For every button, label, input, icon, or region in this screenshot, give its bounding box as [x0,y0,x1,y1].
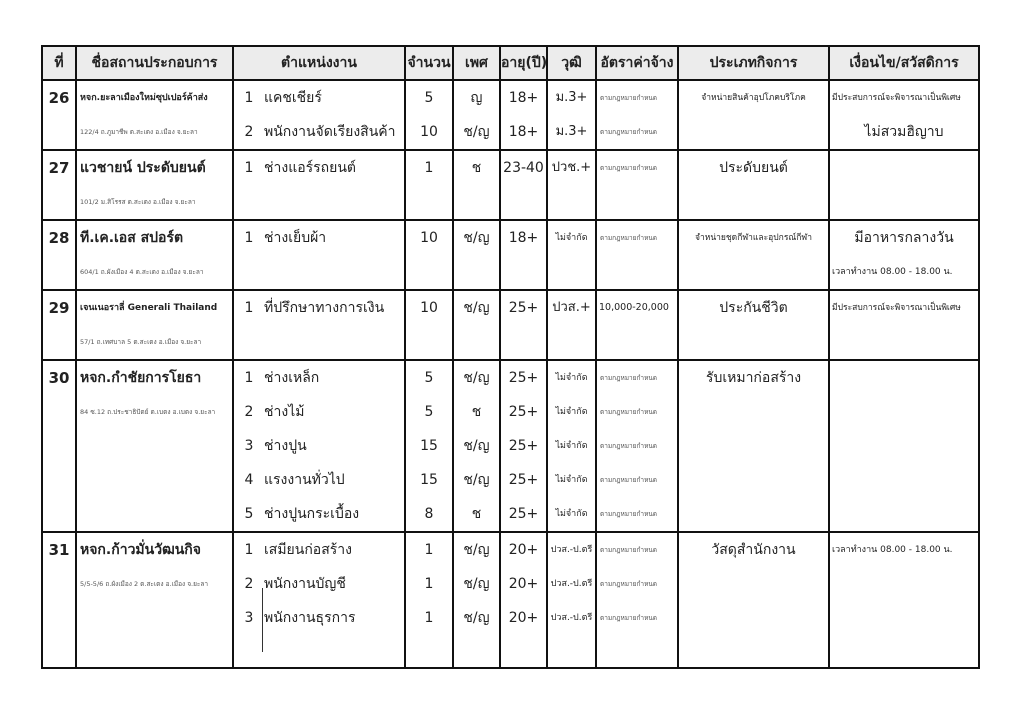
wage-value: ตามกฎหมายกำหนด [597,601,677,635]
table-row: 29เจนเนอราลี่ Generali Thailand57/1 ถ.เท… [42,290,979,360]
edu-value: ไม่จำกัด [548,395,595,429]
count-value: 5 [406,395,452,429]
gender-value: ช/ญ [454,533,499,567]
position-title: แรงงานทั่วไป [264,472,345,488]
position-cell: 1ช่างเย็บผ้า [233,220,405,290]
position-item: 3พนักงานธุรการ [234,601,404,635]
wage-value: ตามกฎหมายกำหนด [597,463,677,497]
business-type: ประดับยนต์ [679,151,828,185]
company-name: ที.เค.เอส สปอร์ต [77,221,232,255]
position-item: 4แรงงานทั่วไป [234,463,404,497]
position-index: 1 [234,291,264,325]
count-cell: 510 [405,80,453,150]
company-address: 122/4 ถ.ภูมาชีพ ต.สะเตง อ.เมือง จ.ยะลา [77,115,232,149]
company-name: หจก.กำชัยการโยธา [77,361,232,395]
condition-item: มีอาหารกลางวัน [830,221,978,255]
gender-value: ช/ญ [454,115,499,149]
position-cell: 1ที่ปรึกษาทางการเงิน [233,290,405,360]
gender-value: ช/ญ [454,567,499,601]
condition-item: เวลาทำงาน 08.00 - 18.00 น. [830,255,978,289]
edu-value: ไม่จำกัด [548,463,595,497]
age-cell: 18+ [500,220,547,290]
row-number-value: 28 [43,221,75,255]
header-company: ชื่อสถานประกอบการ [76,46,233,80]
position-title: พนักงานธุรการ [264,610,355,626]
edu-value: ปวส.+ [548,291,595,325]
gender-cell: ช/ญ [453,220,500,290]
age-value: 18+ [501,115,546,149]
position-item: 2ช่างไม้ [234,395,404,429]
education-cell: ไม่จำกัดไม่จำกัดไม่จำกัดไม่จำกัดไม่จำกัด [547,360,596,532]
age-value: 20+ [501,533,546,567]
row-number-value: 30 [43,361,75,395]
company-cell: เจนเนอราลี่ Generali Thailand57/1 ถ.เทศบ… [76,290,233,360]
position-title: ช่างไม้ [264,404,304,420]
business-type: รับเหมาก่อสร้าง [679,361,828,395]
position-cell: 1ช่างแอร์รถยนต์ [233,150,405,220]
count-cell: 111 [405,532,453,668]
age-cell: 18+18+ [500,80,547,150]
wage-value: ตามกฎหมายกำหนด [597,361,677,395]
gender-value: ช/ญ [454,601,499,635]
wage-value: ตามกฎหมายกำหนด [597,151,677,185]
count-cell: 1 [405,150,453,220]
position-index: 4 [234,463,264,497]
position-title: แคชเชียร์ [264,90,322,106]
gender-value: ช/ญ [454,429,499,463]
wage-cell: ตามกฎหมายกำหนด [596,220,678,290]
conditions-cell: มีประสบการณ์จะพิจารณาเป็นพิเศษ [829,290,979,360]
position-item: 1ช่างเหล็ก [234,361,404,395]
position-index: 1 [234,533,264,567]
business-type: จำหน่ายสินค้าอุปโภคบริโภค [679,81,828,115]
position-title: ช่างปูนกระเบื้อง [264,506,359,522]
gender-value: ช/ญ [454,463,499,497]
count-value: 1 [406,151,452,185]
count-value: 5 [406,361,452,395]
header-gender: เพศ [453,46,500,80]
row-number: 31 [42,532,76,668]
business-type-cell: วัสดุสำนักงาน [678,532,829,668]
position-index: 1 [234,151,264,185]
gender-cell: ช/ญช/ญช/ญ [453,532,500,668]
wage-cell: ตามกฎหมายกำหนดตามกฎหมายกำหนด [596,80,678,150]
education-cell: ปวส.-ป.ตรีปวส.-ป.ตรีปวส.-ป.ตรี [547,532,596,668]
position-index: 3 [234,429,264,463]
education-cell: ไม่จำกัด [547,220,596,290]
wage-value: ตามกฎหมายกำหนด [597,533,677,567]
company-name: หจก.ก้าวมั่นวัฒนกิจ [77,533,232,567]
header-business-type: ประเภทกิจการ [678,46,829,80]
company-address: 84 ซ.12 ถ.ประชาธิปัตย์ ต.เบตง อ.เบตง จ.ย… [77,395,232,429]
position-index: 2 [234,567,264,601]
count-value: 8 [406,497,452,531]
age-cell: 23-40 [500,150,547,220]
edu-value: ม.3+ [548,115,595,149]
edu-value: ปวส.-ป.ตรี [548,567,595,601]
wage-value: ตามกฎหมายกำหนด [597,221,677,255]
job-listings-table: ที่ ชื่อสถานประกอบการ ตำแหน่งงาน จำนวน เ… [41,45,980,669]
position-item: 1แคชเชียร์ [234,81,404,115]
position-title: พนักงานจัดเรียงสินค้า [264,124,396,140]
row-number-value: 29 [43,291,75,325]
company-address: 101/2 ม.สิโรรส ต.สะเตง อ.เมือง จ.ยะลา [77,185,232,219]
wage-cell: ตามกฎหมายกำหนดตามกฎหมายกำหนดตามกฎหมายกำห… [596,532,678,668]
position-item: 2พนักงานบัญชี [234,567,404,601]
row-number: 30 [42,360,76,532]
age-cell: 25+25+25+25+25+ [500,360,547,532]
wage-value: ตามกฎหมายกำหนด [597,395,677,429]
position-item: 1ช่างเย็บผ้า [234,221,404,255]
count-value: 10 [406,115,452,149]
count-value: 1 [406,533,452,567]
gender-value: ช [454,497,499,531]
company-cell: หจก.กำชัยการโยธา84 ซ.12 ถ.ประชาธิปัตย์ ต… [76,360,233,532]
position-index: 1 [234,221,264,255]
position-item: 1เสมียนก่อสร้าง [234,533,404,567]
position-item: 1ช่างแอร์รถยนต์ [234,151,404,185]
count-value: 1 [406,567,452,601]
education-cell: ปวช.+ [547,150,596,220]
header-conditions: เงื่อนไข/สวัสดิการ [829,46,979,80]
table-row: 28ที.เค.เอส สปอร์ต604/1 ถ.ผังเมือง 4 ต.ส… [42,220,979,290]
position-item: 2พนักงานจัดเรียงสินค้า [234,115,404,149]
age-value: 18+ [501,221,546,255]
position-title: พนักงานบัญชี [264,576,346,592]
age-cell: 20+20+20+ [500,532,547,668]
table-row: 26หจก.ยะลาเมืองใหม่ซุปเปอร์ค้าส่ง122/4 ถ… [42,80,979,150]
wage-value: 10,000-20,000 [597,291,677,325]
company-name: หจก.ยะลาเมืองใหม่ซุปเปอร์ค้าส่ง [77,81,232,115]
position-title: ช่างแอร์รถยนต์ [264,160,356,176]
position-index: 1 [234,361,264,395]
business-type-cell: ประดับยนต์ [678,150,829,220]
condition-item: มีประสบการณ์จะพิจารณาเป็นพิเศษ [830,291,978,325]
header-wage: อัตราค่าจ้าง [596,46,678,80]
company-cell: แวชายน์ ประดับยนต์101/2 ม.สิโรรส ต.สะเตง… [76,150,233,220]
age-value: 18+ [501,81,546,115]
business-type-cell: จำหน่ายสินค้าอุปโภคบริโภค [678,80,829,150]
business-type: ประกันชีวิต [679,291,828,325]
conditions-cell: มีประสบการณ์จะพิจารณาเป็นพิเศษไม่สวมฮิญา… [829,80,979,150]
table-row: 27แวชายน์ ประดับยนต์101/2 ม.สิโรรส ต.สะเ… [42,150,979,220]
gender-cell: ญช/ญ [453,80,500,150]
row-number: 29 [42,290,76,360]
conditions-cell [829,150,979,220]
header-education: วุฒิ [547,46,596,80]
wage-value: ตามกฎหมายกำหนด [597,497,677,531]
condition-item: เวลาทำงาน 08.00 - 18.00 น. [830,533,978,567]
age-cell: 25+ [500,290,547,360]
row-number-value: 27 [43,151,75,185]
gender-value: ช/ญ [454,291,499,325]
age-value: 20+ [501,567,546,601]
row-number: 26 [42,80,76,150]
gender-cell: ช/ญ [453,290,500,360]
position-index: 5 [234,497,264,531]
edu-value: ไม่จำกัด [548,497,595,531]
wage-cell: 10,000-20,000 [596,290,678,360]
conditions-cell [829,360,979,532]
gender-value: ช [454,151,499,185]
company-address: 5/5-5/6 ถ.ผังเมือง 2 ต.สะเตง อ.เมือง จ.ย… [77,567,232,601]
education-cell: ปวส.+ [547,290,596,360]
count-value: 10 [406,221,452,255]
header-no: ที่ [42,46,76,80]
business-type-cell: จำหน่ายชุดกีฬาและอุปกรณ์กีฬา [678,220,829,290]
position-index: 2 [234,395,264,429]
count-value: 1 [406,601,452,635]
business-type: จำหน่ายชุดกีฬาและอุปกรณ์กีฬา [679,221,828,255]
business-type-cell: ประกันชีวิต [678,290,829,360]
row-number: 27 [42,150,76,220]
position-title: ช่างปูน [264,438,307,454]
age-value: 25+ [501,361,546,395]
position-title: ช่างเหล็ก [264,370,319,386]
row-number-value: 26 [43,81,75,115]
wage-value: ตามกฎหมายกำหนด [597,115,677,149]
position-cell: 1เสมียนก่อสร้าง2พนักงานบัญชี3พนักงานธุรก… [233,532,405,668]
edu-value: ม.3+ [548,81,595,115]
position-item: 5ช่างปูนกระเบื้อง [234,497,404,531]
position-cell: 1แคชเชียร์2พนักงานจัดเรียงสินค้า [233,80,405,150]
gender-value: ญ [454,81,499,115]
count-cell: 10 [405,290,453,360]
position-index: 3 [234,601,264,635]
condition-item: ไม่สวมฮิญาบ [830,115,978,149]
company-cell: หจก.ก้าวมั่นวัฒนกิจ5/5-5/6 ถ.ผังเมือง 2 … [76,532,233,668]
header-row: ที่ ชื่อสถานประกอบการ ตำแหน่งงาน จำนวน เ… [42,46,979,80]
condition-item: มีประสบการณ์จะพิจารณาเป็นพิเศษ [830,81,978,115]
age-value: 20+ [501,601,546,635]
edu-value: ปวช.+ [548,151,595,185]
position-index: 2 [234,115,264,149]
age-value: 25+ [501,429,546,463]
count-value: 15 [406,429,452,463]
header-age: อายุ(ปี) [500,46,547,80]
wage-cell: ตามกฎหมายกำหนด [596,150,678,220]
position-cell: 1ช่างเหล็ก2ช่างไม้3ช่างปูน4แรงงานทั่วไป5… [233,360,405,532]
conditions-cell: เวลาทำงาน 08.00 - 18.00 น. [829,532,979,668]
count-value: 15 [406,463,452,497]
position-index: 1 [234,81,264,115]
wage-value: ตามกฎหมายกำหนด [597,429,677,463]
position-title: เสมียนก่อสร้าง [264,542,352,558]
education-cell: ม.3+ม.3+ [547,80,596,150]
table-row: 31หจก.ก้าวมั่นวัฒนกิจ5/5-5/6 ถ.ผังเมือง … [42,532,979,668]
business-type: วัสดุสำนักงาน [679,533,828,567]
age-value: 25+ [501,291,546,325]
company-address: 604/1 ถ.ผังเมือง 4 ต.สะเตง อ.เมือง จ.ยะล… [77,255,232,289]
edu-value: ปวส.-ป.ตรี [548,533,595,567]
company-name: แวชายน์ ประดับยนต์ [77,151,232,185]
age-value: 25+ [501,497,546,531]
count-value: 10 [406,291,452,325]
table-row: 30หจก.กำชัยการโยธา84 ซ.12 ถ.ประชาธิปัตย์… [42,360,979,532]
wage-value: ตามกฎหมายกำหนด [597,81,677,115]
company-cell: หจก.ยะลาเมืองใหม่ซุปเปอร์ค้าส่ง122/4 ถ.ภ… [76,80,233,150]
position-item: 1ที่ปรึกษาทางการเงิน [234,291,404,325]
business-type-cell: รับเหมาก่อสร้าง [678,360,829,532]
count-value: 5 [406,81,452,115]
row-number: 28 [42,220,76,290]
position-title: ช่างเย็บผ้า [264,230,326,246]
edu-value: ไม่จำกัด [548,221,595,255]
header-count: จำนวน [405,46,453,80]
count-cell: 10 [405,220,453,290]
company-cell: ที.เค.เอส สปอร์ต604/1 ถ.ผังเมือง 4 ต.สะเ… [76,220,233,290]
gender-cell: ช/ญชช/ญช/ญช [453,360,500,532]
age-value: 23-40 [501,151,546,185]
edu-value: ไม่จำกัด [548,361,595,395]
edu-value: ปวส.-ป.ตรี [548,601,595,635]
gender-value: ช/ญ [454,361,499,395]
gender-cell: ช [453,150,500,220]
position-item: 3ช่างปูน [234,429,404,463]
stray-divider-line [262,588,263,652]
edu-value: ไม่จำกัด [548,429,595,463]
count-cell: 5515158 [405,360,453,532]
position-title: ที่ปรึกษาทางการเงิน [264,300,384,316]
wage-cell: ตามกฎหมายกำหนดตามกฎหมายกำหนดตามกฎหมายกำห… [596,360,678,532]
row-number-value: 31 [43,533,75,567]
age-value: 25+ [501,463,546,497]
gender-value: ช/ญ [454,221,499,255]
gender-value: ช [454,395,499,429]
age-value: 25+ [501,395,546,429]
header-position: ตำแหน่งงาน [233,46,405,80]
company-address: 57/1 ถ.เทศบาล 5 ต.สะเตง อ.เมือง จ.ยะลา [77,325,232,359]
wage-value: ตามกฎหมายกำหนด [597,567,677,601]
company-name: เจนเนอราลี่ Generali Thailand [77,291,232,325]
conditions-cell: มีอาหารกลางวันเวลาทำงาน 08.00 - 18.00 น. [829,220,979,290]
